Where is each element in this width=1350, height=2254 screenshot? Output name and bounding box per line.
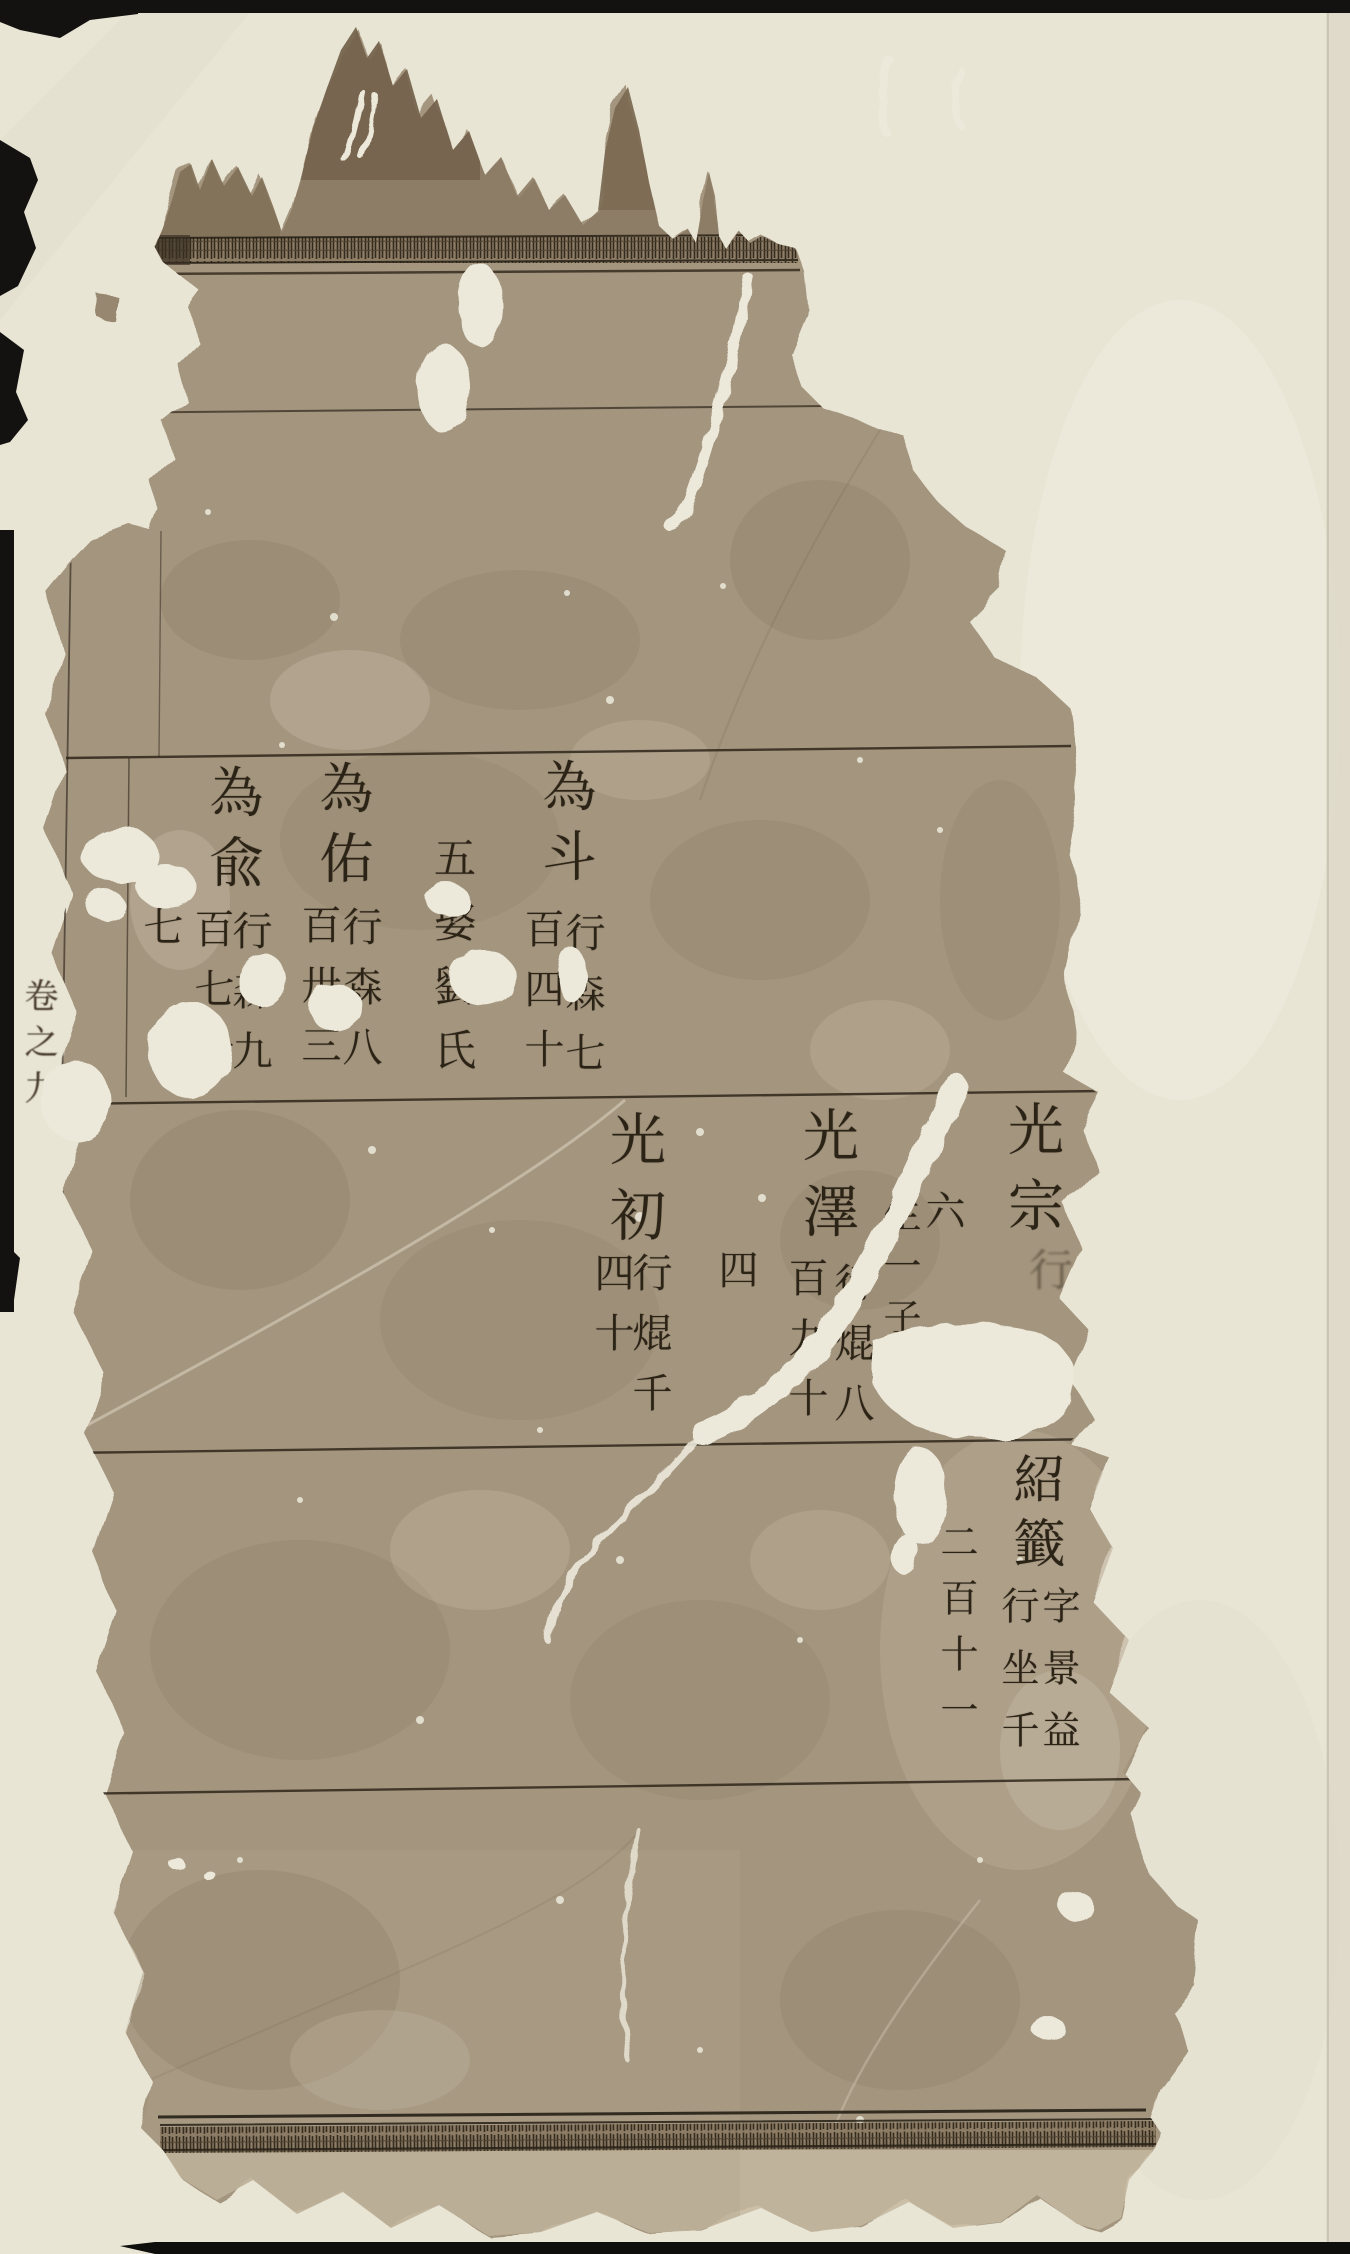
rank-column-left: 百九十 xyxy=(777,1257,834,1437)
entry-name: 為兪 xyxy=(194,764,271,904)
rank-column-left: 百四十 xyxy=(513,908,570,1088)
rank-column-right: 行坐千 xyxy=(990,1586,1045,1772)
rank-column-left: 百七十 xyxy=(183,908,240,1088)
scanned-genealogy-page: 為斗 行森七 百四十 五娶劉氏 為佑 行森八 百卅三 為兪 行森九 百七十 七 … xyxy=(0,0,1350,2254)
rank-column-left: 百卅三 xyxy=(290,904,347,1084)
rank-overflow-digit: 四 xyxy=(707,1249,764,1289)
damaged-rank-character: 行 xyxy=(1014,1247,1078,1291)
detail-column-left: 生一子 xyxy=(872,1194,927,1350)
entry-name: 紹籤 xyxy=(997,1452,1072,1580)
entry-name: 光初 xyxy=(593,1110,673,1262)
entry-name: 光澤 xyxy=(786,1106,866,1258)
rank-column-left: 四十 xyxy=(583,1252,640,1372)
volume-margin-label: 卷之九 xyxy=(14,978,63,1116)
entry-name: 光宗 xyxy=(991,1100,1071,1252)
rank-overflow-digit: 七 xyxy=(132,906,189,946)
spouse-note-column: 五娶劉氏 xyxy=(422,836,482,1092)
entry-name: 為佑 xyxy=(304,760,381,900)
genealogy-text: 為斗 行森七 百四十 五娶劉氏 為佑 行森八 百卅三 為兪 行森九 百七十 七 … xyxy=(0,0,1350,2254)
entry-name: 為斗 xyxy=(527,758,604,898)
rank-column-left: 二百十一 xyxy=(929,1522,984,1746)
